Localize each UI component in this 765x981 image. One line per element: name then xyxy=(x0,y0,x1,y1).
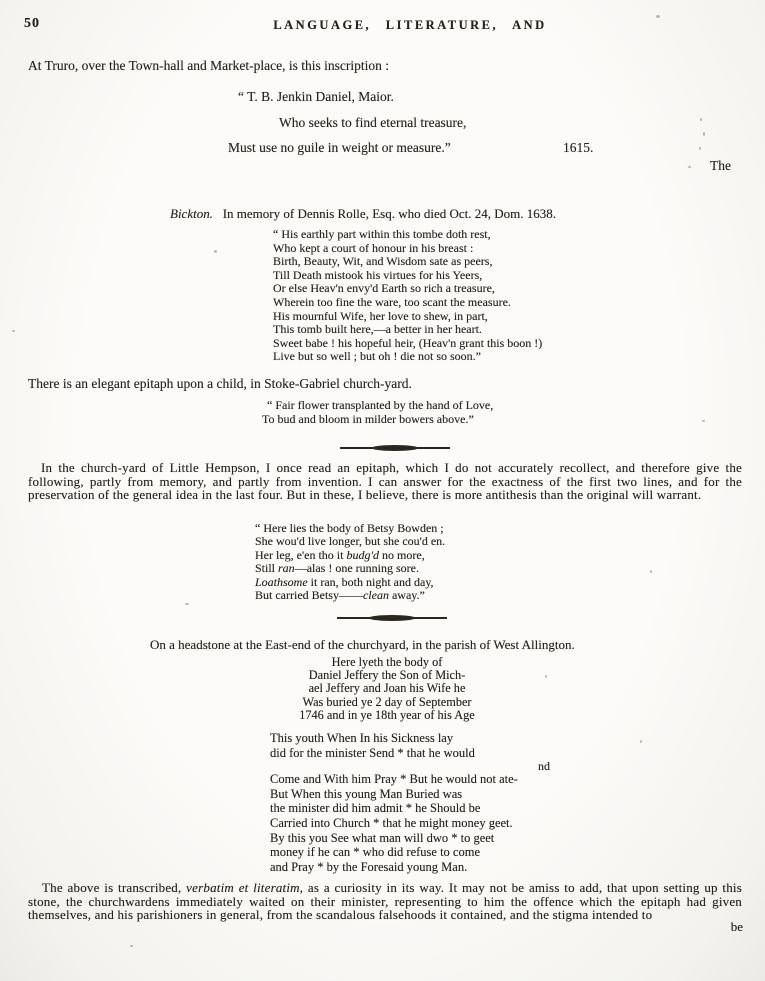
poem-line: His mournful Wife, her love to shew, in … xyxy=(273,310,542,324)
scan-speck xyxy=(12,330,15,332)
verse-line: did for the minister Send * that he woul… xyxy=(270,746,550,761)
poem-line-italic: ran xyxy=(278,561,295,575)
verse-line: money if he can * who did refuse to come xyxy=(270,845,550,860)
truro-year: 1615. xyxy=(563,140,593,156)
scan-speck xyxy=(656,15,660,18)
betsy-bowden-poem: “ Here lies the body of Betsy Bowden ; S… xyxy=(255,522,445,602)
allington-headstone-inscription: Here lyeth the body of Daniel Jeffery th… xyxy=(272,656,502,722)
poem-line: “ Here lies the body of Betsy Bowden ; xyxy=(255,522,445,535)
allington-verse: This youth When In his Sickness lay did … xyxy=(270,731,550,874)
poem-line-italic: clean xyxy=(363,588,389,602)
scan-speck xyxy=(699,147,701,150)
headstone-line: Was buried ye 2 day of September xyxy=(272,696,502,709)
verse-line: and Pray * by the Foresaid young Man. xyxy=(270,860,550,875)
poem-line-italic: Loathsome xyxy=(255,575,308,589)
headstone-line: ael Jeffery and Joan his Wife he xyxy=(272,682,502,695)
scan-speck xyxy=(703,132,705,136)
running-header: LANGUAGE, LITERATURE, AND xyxy=(0,18,765,33)
stoke-gabriel-intro: There is an elegant epitaph upon a child… xyxy=(28,376,412,392)
scan-speck xyxy=(702,420,705,422)
poem-line: This tomb built here,—a better in her he… xyxy=(273,323,542,337)
verse-line: Carried into Church * that he might mone… xyxy=(270,816,550,831)
poem-line: To bud and bloom in milder bowers above.… xyxy=(262,413,493,427)
poem-line: Till Death mistook his virtues for his Y… xyxy=(273,269,542,283)
poem-line-text: away.” xyxy=(389,588,425,602)
poem-line: But carried Betsy——clean away.” xyxy=(255,589,445,602)
verse-line: By this you See what man will dwo * to g… xyxy=(270,831,550,846)
scan-speck xyxy=(640,740,642,743)
poem-line: Or else Heav'n envy'd Earth so rich a tr… xyxy=(273,282,542,296)
section-divider-ornament xyxy=(340,444,450,452)
poem-line-italic: budg'd xyxy=(346,548,379,562)
poem-line-text: it ran, both night and day, xyxy=(308,575,434,589)
divider-lens xyxy=(372,445,418,451)
allington-intro: On a headstone at the East-end of the ch… xyxy=(150,637,575,653)
poem-line-text: —alas ! one running sore. xyxy=(295,561,419,575)
poem-line-text: She wou'd live longer, but she cou'd en. xyxy=(255,534,445,548)
scan-speck xyxy=(700,118,702,121)
poem-line: Birth, Beauty, Wit, and Wisdom sate as p… xyxy=(273,255,542,269)
scan-speck xyxy=(185,603,189,605)
scan-speck xyxy=(130,945,133,947)
truro-line-1: “ T. B. Jenkin Daniel, Maior. xyxy=(238,89,394,105)
bickton-epitaph-poem: “ His earthly part within this tombe dot… xyxy=(273,228,542,364)
catchword-bottom: be xyxy=(731,919,743,935)
verse-line: Come and With him Pray * But he would no… xyxy=(270,772,550,787)
poem-line: Live but so well ; but oh ! die not so s… xyxy=(273,350,542,364)
poem-line-text: “ Here lies the body of Betsy Bowden ; xyxy=(255,521,444,535)
catchword-top: The xyxy=(710,158,731,174)
poem-line: Wherein too fine the ware, too scant the… xyxy=(273,296,542,310)
poem-line: Who kept a court of honour in his breast… xyxy=(273,242,542,256)
book-page: 50 LANGUAGE, LITERATURE, AND At Truro, o… xyxy=(0,0,765,981)
scan-speck xyxy=(214,250,217,253)
verse-superscript-nd: nd xyxy=(270,760,550,772)
bickton-heading-text: In memory of Dennis Rolle, Esq. who died… xyxy=(223,206,556,221)
section-divider-ornament xyxy=(337,614,447,622)
poem-line-text: Her leg, e'en tho it xyxy=(255,548,346,562)
stoke-gabriel-poem: “ Fair flower transplanted by the hand o… xyxy=(262,399,493,426)
poem-line-text: no more, xyxy=(379,548,425,562)
poem-line: Sweet babe ! his hopeful heir, (Heav'n g… xyxy=(273,337,542,351)
poem-line-text: Still xyxy=(255,561,278,575)
scan-speck xyxy=(688,166,691,168)
verse-line: the minister did him admit * he Should b… xyxy=(270,801,550,816)
scan-speck xyxy=(545,675,547,678)
poem-line: Still ran—alas ! one running sore. xyxy=(255,562,445,575)
bickton-heading: Bickton. In memory of Dennis Rolle, Esq.… xyxy=(170,206,556,222)
poem-line: “ His earthly part within this tombe dot… xyxy=(273,228,542,242)
truro-line-2: Who seeks to find eternal treasure, xyxy=(279,115,466,131)
truro-intro: At Truro, over the Town-hall and Market-… xyxy=(28,58,389,74)
closing-paragraph: The above is transcribed, verbatim et li… xyxy=(28,881,742,922)
poem-line: “ Fair flower transplanted by the hand o… xyxy=(262,399,493,413)
poem-line-text: But carried Betsy—— xyxy=(255,588,363,602)
headstone-line: 1746 and in ye 18th year of his Age xyxy=(272,709,502,722)
hempson-paragraph: In the church-yard of Little Hempson, I … xyxy=(28,461,742,502)
poem-line: Loathsome it ran, both night and day, xyxy=(255,576,445,589)
bickton-place-name: Bickton. xyxy=(170,206,213,221)
divider-lens xyxy=(369,615,415,621)
verse-line: This youth When In his Sickness lay xyxy=(270,731,550,746)
verse-line: But When this young Man Buried was xyxy=(270,787,550,802)
scan-speck xyxy=(650,570,652,573)
truro-line-3: Must use no guile in weight or measure.” xyxy=(228,140,451,156)
poem-line: Her leg, e'en tho it budg'd no more, xyxy=(255,549,445,562)
poem-line: She wou'd live longer, but she cou'd en. xyxy=(255,535,445,548)
